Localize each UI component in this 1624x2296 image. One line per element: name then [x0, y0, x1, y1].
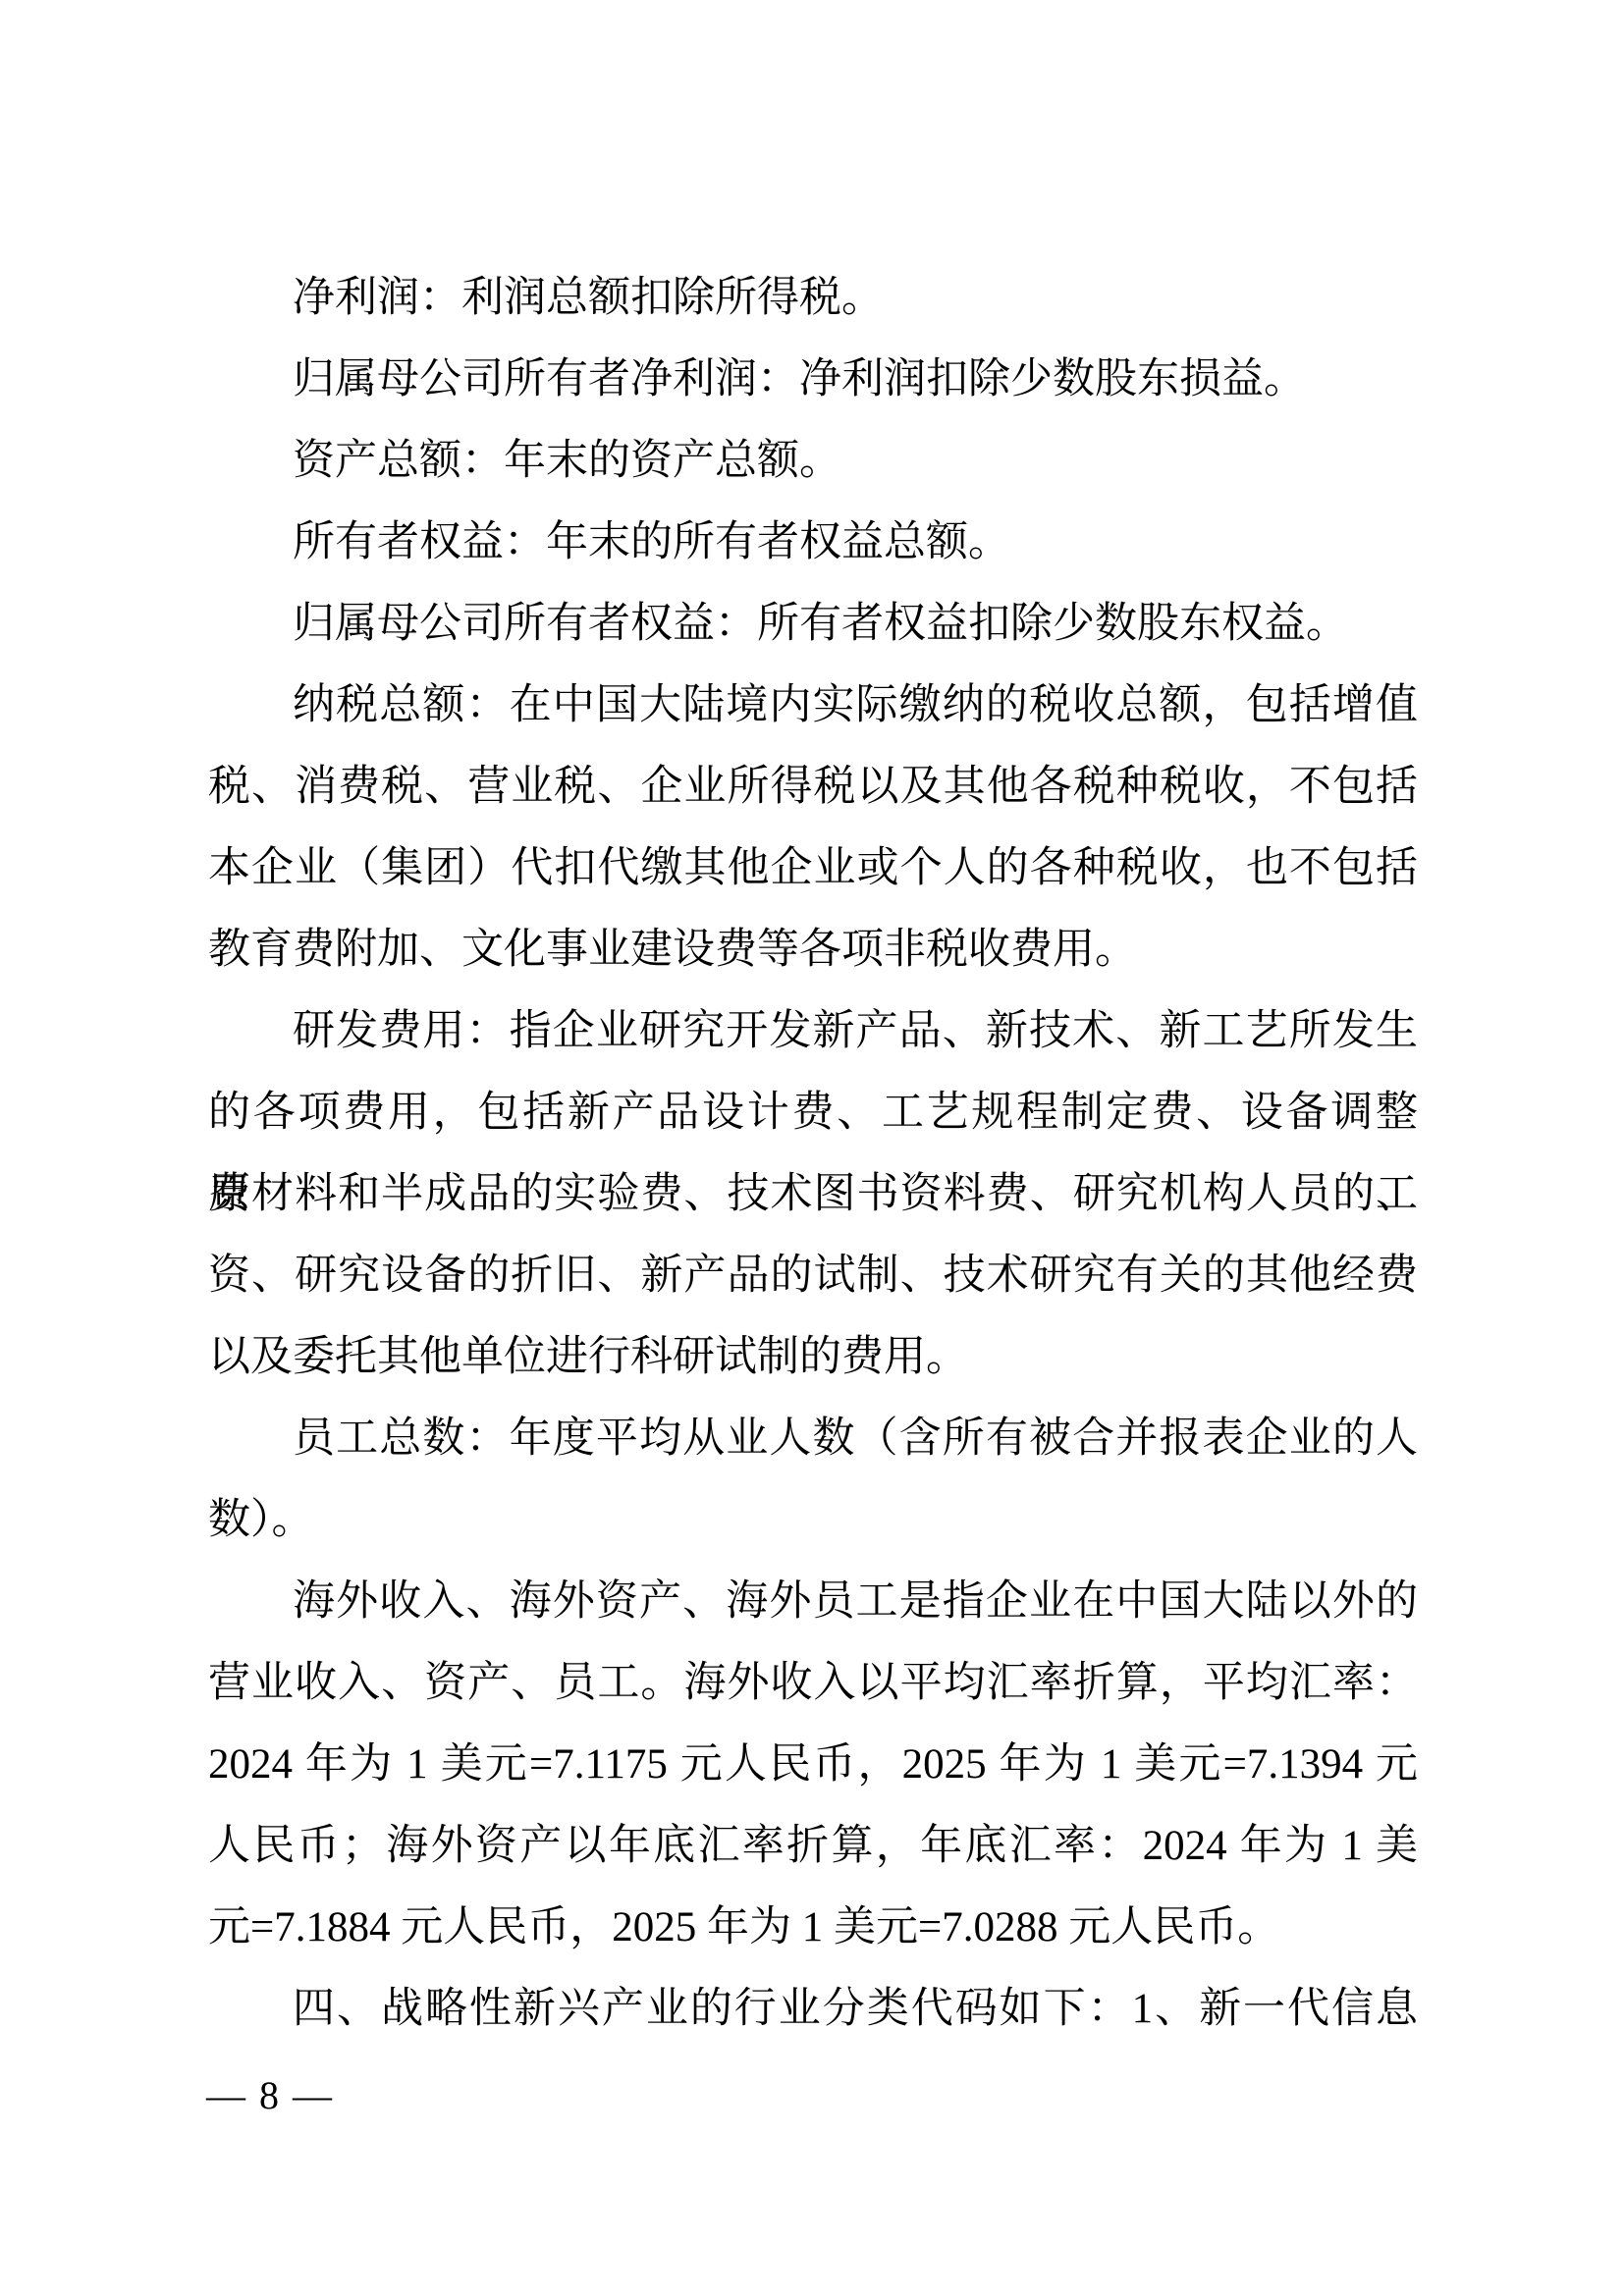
document-page: 净利润：利润总额扣除所得税。归属母公司所有者净利润：净利润扣除少数股东损益。资产…: [0, 0, 1624, 2296]
text-line: 净利润：利润总额扣除所得税。: [208, 257, 1418, 339]
page-number: — 8 —: [206, 2073, 334, 2117]
text-line: 人民币；海外资产以年底汇率折算，年底汇率：2024 年为 1 美: [208, 1805, 1418, 1887]
text-line: 税、消费税、营业税、企业所得税以及其他各税种税收，不包括: [208, 746, 1418, 828]
text-line: 2024 年为 1 美元=7.1175 元人民币，2025 年为 1 美元=7.…: [208, 1724, 1418, 1805]
text-line: 元=7.1884 元人民币，2025 年为 1 美元=7.0288 元人民币。: [208, 1887, 1418, 1968]
text-line: 四、战略性新兴产业的行业分类代码如下：1、新一代信息: [208, 1968, 1418, 2050]
text-line: 海外收入、海外资产、海外员工是指企业在中国大陆以外的: [208, 1561, 1418, 1642]
text-line: 员工总数：年度平均从业人数（含所有被合并报表企业的人: [208, 1398, 1418, 1479]
text-line: 数）。: [208, 1479, 1418, 1561]
text-line: 的各项费用，包括新产品设计费、工艺规程制定费、设备调整费、: [208, 1072, 1418, 1153]
text-line: 纳税总额：在中国大陆境内实际缴纳的税收总额，包括增值: [208, 665, 1418, 746]
text-line: 资产总额：年末的资产总额。: [208, 420, 1418, 502]
text-line: 研发费用：指企业研究开发新产品、新技术、新工艺所发生: [208, 990, 1418, 1072]
text-line: 以及委托其他单位进行科研试制的费用。: [208, 1316, 1418, 1398]
text-line: 所有者权益：年末的所有者权益总额。: [208, 502, 1418, 583]
text-block: 净利润：利润总额扣除所得税。归属母公司所有者净利润：净利润扣除少数股东损益。资产…: [208, 257, 1418, 2050]
text-line: 归属母公司所有者净利润：净利润扣除少数股东损益。: [208, 339, 1418, 420]
text-line: 营业收入、资产、员工。海外收入以平均汇率折算，平均汇率：: [208, 1642, 1418, 1724]
text-line: 本企业（集团）代扣代缴其他企业或个人的各种税收，也不包括: [208, 828, 1418, 909]
text-line: 原材料和半成品的实验费、技术图书资料费、研究机构人员的工: [208, 1153, 1418, 1235]
text-line: 资、研究设备的折旧、新产品的试制、技术研究有关的其他经费: [208, 1235, 1418, 1316]
text-line: 归属母公司所有者权益：所有者权益扣除少数股东权益。: [208, 583, 1418, 665]
text-line: 教育费附加、文化事业建设费等各项非税收费用。: [208, 909, 1418, 990]
